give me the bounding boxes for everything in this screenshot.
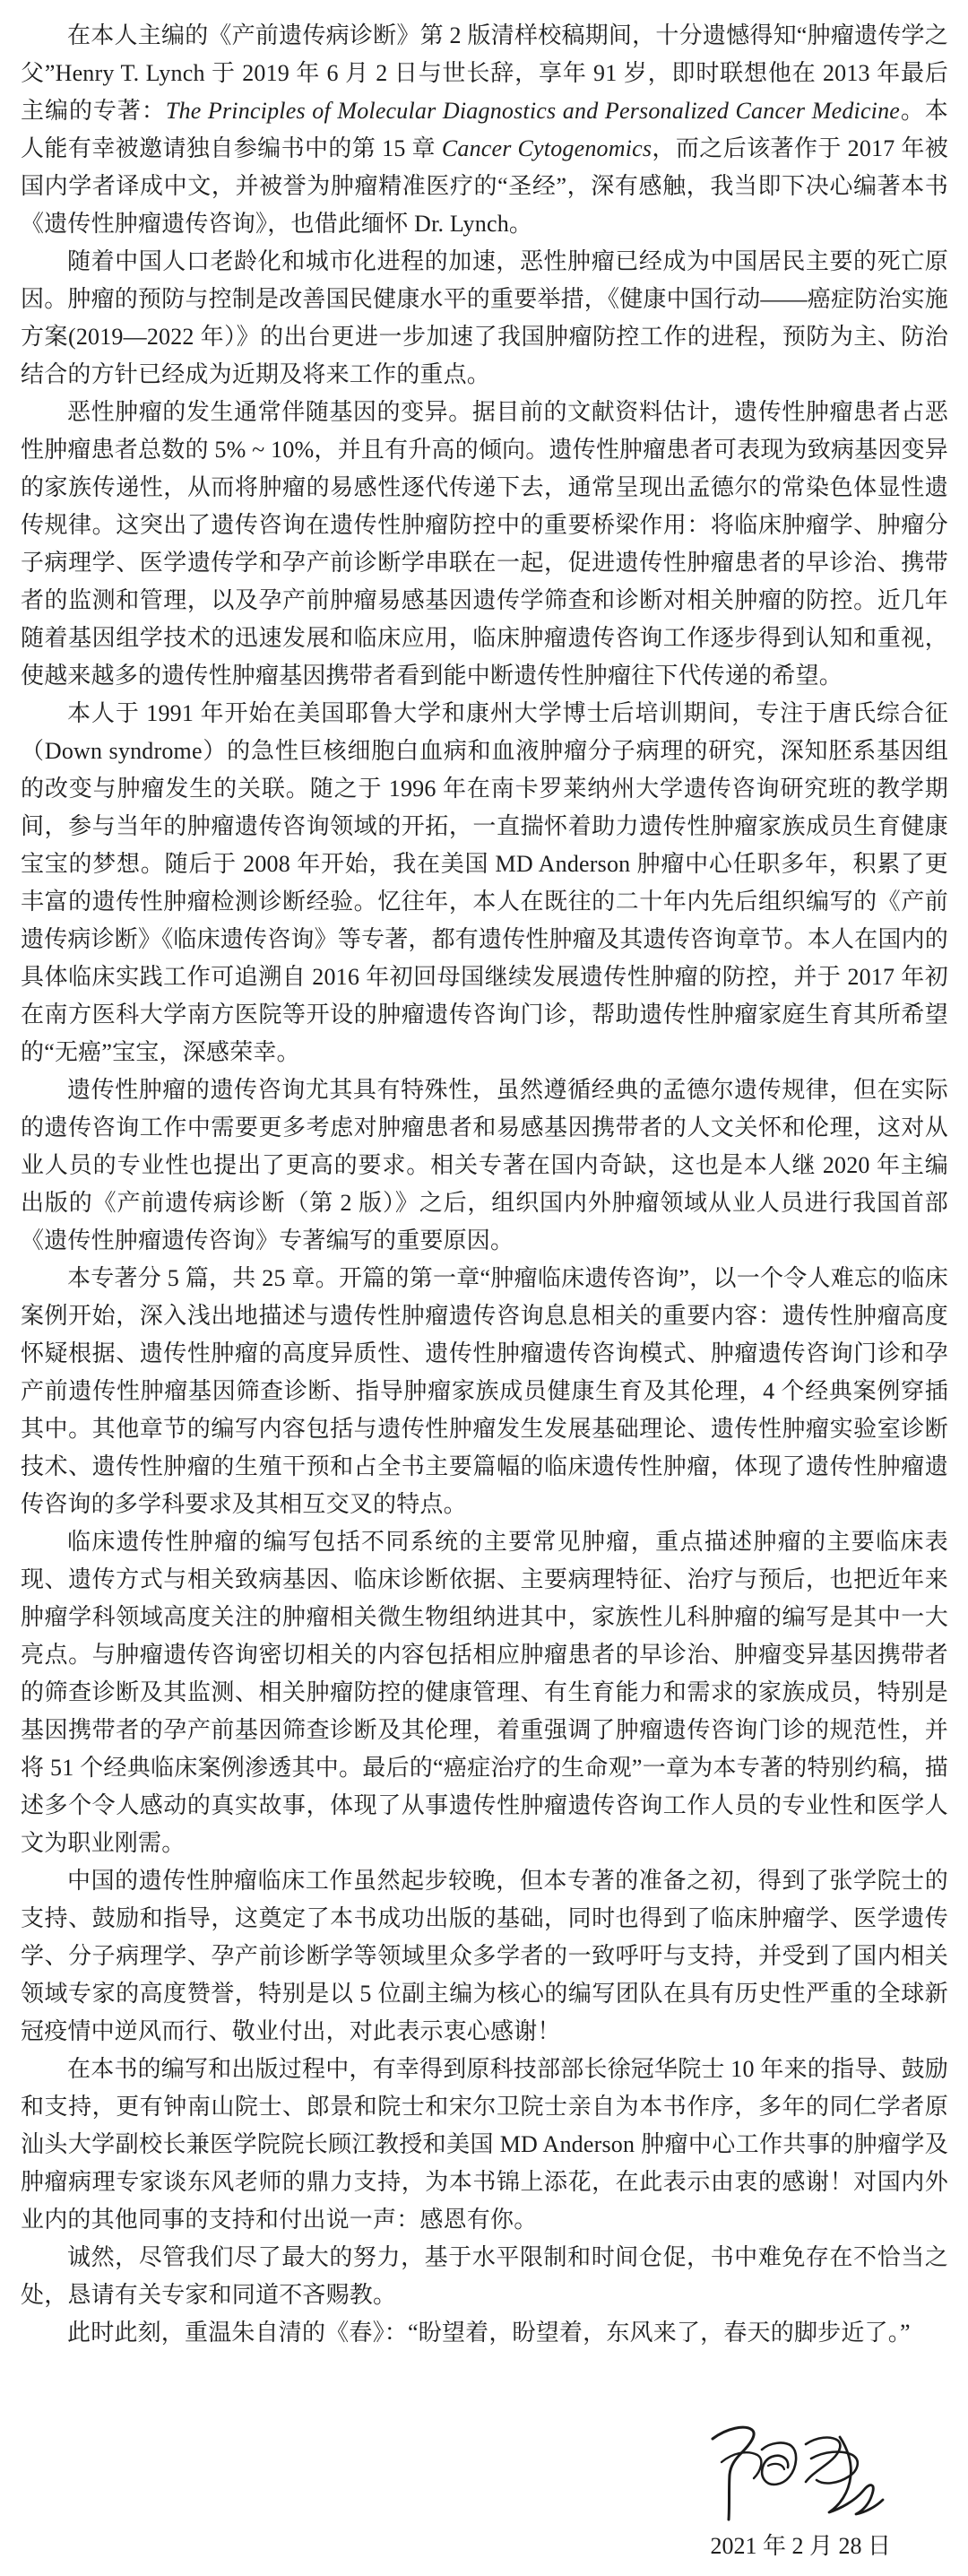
paragraph: 临床遗传性肿瘤的编写包括不同系统的主要常见肿瘤，重点描述肿瘤的主要临床表现、遗传…	[21, 1523, 948, 1862]
text-run: 诚然，尽管我们尽了最大的努力，基于水平限制和时间仓促，书中难免存在不恰当之处，恳…	[21, 2244, 948, 2308]
text-run: 本人于 1991 年开始在美国耶鲁大学和康州大学博士后培训期间，专注于唐氏综合征…	[21, 700, 948, 1065]
text-run: 在本书的编写和出版过程中，有幸得到原科技部部长徐冠华院士 10 年来的指导、鼓励…	[21, 2056, 948, 2233]
paragraph: 随着中国人口老龄化和城市化进程的加速，恶性肿瘤已经成为中国居民主要的死亡原因。肿…	[21, 243, 948, 394]
signature-date: 2021 年 2 月 28 日	[710, 2528, 891, 2564]
text-run: 此时此刻，重温朱自清的《春》：“盼望着，盼望着，东风来了，春天的脚步近了。”	[67, 2320, 911, 2346]
paragraph: 遗传性肿瘤的遗传咨询尤其具有特殊性，虽然遵循经典的孟德尔遗传规律，但在实际的遗传…	[21, 1071, 948, 1260]
book-title-italic: The Principles of Molecular Diagnostics …	[166, 98, 900, 124]
preface-page: 在本人主编的《产前遗传病诊断》第 2 版清样校稿期间，十分遗憾得知“肿瘤遗传学之…	[0, 0, 968, 2576]
paragraph: 恶性肿瘤的发生通常伴随基因的变异。据目前的文献资料估计，遗传性肿瘤患者占恶性肿瘤…	[21, 394, 948, 695]
paragraph: 中国的遗传性肿瘤临床工作虽然起步较晚，但本专著的准备之初，得到了张学院士的支持、…	[21, 1862, 948, 2051]
text-run: 随着中国人口老龄化和城市化进程的加速，恶性肿瘤已经成为中国居民主要的死亡原因。肿…	[21, 248, 948, 387]
paragraph: 本人于 1991 年开始在美国耶鲁大学和康州大学博士后培训期间，专注于唐氏综合征…	[21, 695, 948, 1071]
book-title-italic: Cancer Cytogenomics	[442, 135, 652, 161]
text-run: 中国的遗传性肿瘤临床工作虽然起步较晚，但本专著的准备之初，得到了张学院士的支持、…	[21, 1868, 948, 2044]
handwritten-signature	[705, 2419, 889, 2528]
paragraph: 在本书的编写和出版过程中，有幸得到原科技部部长徐冠华院士 10 年来的指导、鼓励…	[21, 2051, 948, 2239]
paragraph: 诚然，尽管我们尽了最大的努力，基于水平限制和时间仓促，书中难免存在不恰当之处，恳…	[21, 2239, 948, 2314]
text-run: 遗传性肿瘤的遗传咨询尤其具有特殊性，虽然遵循经典的孟德尔遗传规律，但在实际的遗传…	[21, 1077, 948, 1253]
text-run: 本专著分 5 篇，共 25 章。开篇的第一章“肿瘤临床遗传咨询”，以一个令人难忘…	[21, 1265, 948, 1517]
document-body: 在本人主编的《产前遗传病诊断》第 2 版清样校稿期间，十分遗憾得知“肿瘤遗传学之…	[21, 17, 948, 2352]
text-run: 临床遗传性肿瘤的编写包括不同系统的主要常见肿瘤，重点描述肿瘤的主要临床表现、遗传…	[21, 1529, 948, 1856]
paragraph: 本专著分 5 篇，共 25 章。开篇的第一章“肿瘤临床遗传咨询”，以一个令人难忘…	[21, 1260, 948, 1523]
paragraph: 在本人主编的《产前遗传病诊断》第 2 版清样校稿期间，十分遗憾得知“肿瘤遗传学之…	[21, 17, 948, 243]
text-run: 恶性肿瘤的发生通常伴随基因的变异。据目前的文献资料估计，遗传性肿瘤患者占恶性肿瘤…	[21, 399, 948, 689]
paragraph: 此时此刻，重温朱自清的《春》：“盼望着，盼望着，东风来了，春天的脚步近了。”	[21, 2314, 948, 2352]
signature-scrawl-icon	[705, 2419, 889, 2528]
